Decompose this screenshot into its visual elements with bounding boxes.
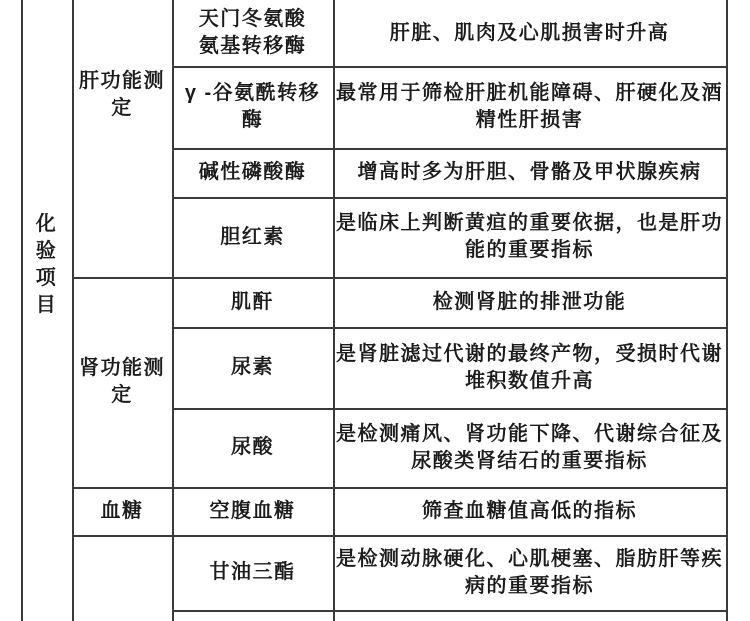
description-cell: 是检测痛风、肾功能下降、代谢综合征及 尿酸类肾结石的重要指标	[333, 408, 726, 487]
test-name-cell: 甘油三酯	[172, 535, 333, 610]
table-border-row9	[172, 610, 727, 612]
description-cell: 是肾脏滤过代谢的最终产物，受损时代谢 堆积数值升高	[333, 327, 726, 408]
lab-test-table: 化 验 项 目 肝功能测 定 肾功能测 定 血糖 天门冬氨酸 氨基转移酶 γ -…	[0, 0, 750, 621]
description-cell: 是检测动脉硬化、心肌梗塞、脂肪肝等疾 病的重要指标	[333, 535, 726, 610]
test-name-cell: 碱性磷酸酶	[172, 148, 333, 197]
description-cell: 最常用于筛检肝脏机能障碍、肝硬化及酒 精性肝损害	[333, 66, 726, 148]
test-name-cell: 肌酐	[172, 277, 333, 327]
row-header-label: 化 验 项 目	[21, 0, 72, 530]
test-name-cell: 尿素	[172, 327, 333, 408]
description-cell: 肝脏、肌肉及心肌损害时升高	[333, 0, 726, 66]
description-cell: 是临床上判断黄疸的重要依据，也是肝功 能的重要指标	[333, 197, 726, 277]
table-border-right	[726, 0, 728, 621]
description-cell: 筛查血糖值高低的指标	[333, 487, 726, 535]
description-cell: 检测肾脏的排泄功能	[333, 277, 726, 327]
category-kidney-function: 肾功能测 定	[72, 277, 172, 487]
description-cell: 增高时多为肝胆、骨骼及甲状腺疾病	[333, 148, 726, 197]
category-liver-function: 肝功能测 定	[72, 0, 172, 190]
test-name-cell: 空腹血糖	[172, 487, 333, 535]
test-name-cell: 天门冬氨酸 氨基转移酶	[172, 0, 333, 66]
test-name-cell: γ -谷氨酰转移 酶	[172, 66, 333, 148]
test-name-cell: 胆红素	[172, 197, 333, 277]
test-name-cell: 尿酸	[172, 408, 333, 487]
category-blood-sugar: 血糖	[72, 487, 172, 535]
